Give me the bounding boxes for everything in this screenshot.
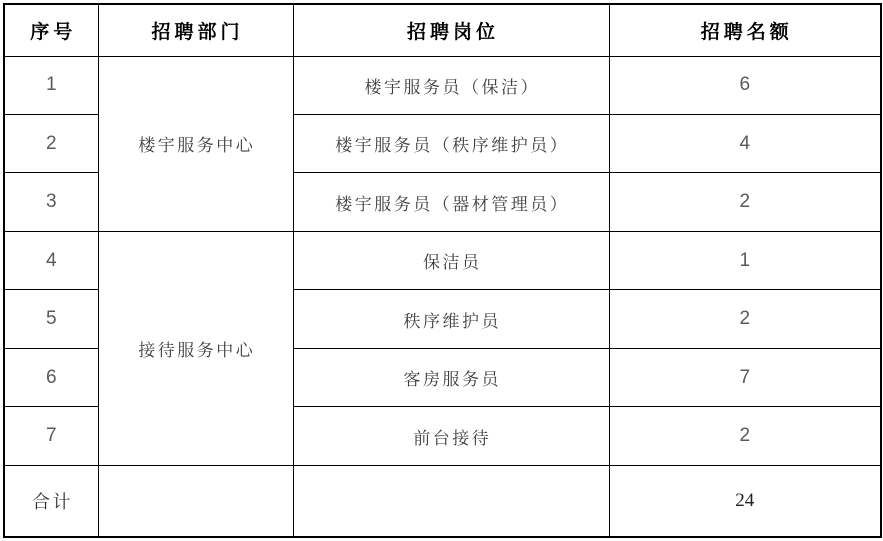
department-cell-building-service: 楼宇服务中心 [98, 56, 293, 231]
position-cell: 前台接待 [293, 407, 609, 465]
header-serial-number: 序号 [4, 4, 98, 56]
position-cell: 保洁员 [293, 231, 609, 289]
total-empty-position-cell [293, 465, 609, 537]
quota-cell: 1 [609, 231, 881, 289]
serial-number-cell: 4 [4, 231, 98, 289]
recruitment-quota-table: 序号 招聘部门 招聘岗位 招聘名额 1 楼宇服务中心 楼宇服务员（保洁） 6 2… [3, 3, 882, 538]
recruitment-notice-page: 序号 招聘部门 招聘岗位 招聘名额 1 楼宇服务中心 楼宇服务员（保洁） 6 2… [0, 0, 883, 541]
header-department: 招聘部门 [98, 4, 293, 56]
quota-cell: 4 [609, 114, 881, 172]
serial-number-cell: 7 [4, 407, 98, 465]
position-cell: 客房服务员 [293, 348, 609, 406]
total-empty-department-cell [98, 465, 293, 537]
serial-number-cell: 2 [4, 114, 98, 172]
position-cell: 秩序维护员 [293, 290, 609, 348]
quota-cell: 6 [609, 56, 881, 114]
department-cell-reception-service: 接待服务中心 [98, 231, 293, 465]
table-total-row: 合计 24 [4, 465, 881, 537]
quota-cell: 2 [609, 290, 881, 348]
quota-cell: 7 [609, 348, 881, 406]
serial-number-cell: 3 [4, 173, 98, 231]
table-row: 1 楼宇服务中心 楼宇服务员（保洁） 6 [4, 56, 881, 114]
serial-number-cell: 6 [4, 348, 98, 406]
table-row: 4 接待服务中心 保洁员 1 [4, 231, 881, 289]
total-quota-cell: 24 [609, 465, 881, 537]
quota-cell: 2 [609, 407, 881, 465]
position-cell: 楼宇服务员（保洁） [293, 56, 609, 114]
serial-number-cell: 5 [4, 290, 98, 348]
position-cell: 楼宇服务员（器材管理员） [293, 173, 609, 231]
header-quota: 招聘名额 [609, 4, 881, 56]
serial-number-cell: 1 [4, 56, 98, 114]
position-cell: 楼宇服务员（秩序维护员） [293, 114, 609, 172]
table-header-row: 序号 招聘部门 招聘岗位 招聘名额 [4, 4, 881, 56]
total-label-cell: 合计 [4, 465, 98, 537]
header-position: 招聘岗位 [293, 4, 609, 56]
quota-cell: 2 [609, 173, 881, 231]
